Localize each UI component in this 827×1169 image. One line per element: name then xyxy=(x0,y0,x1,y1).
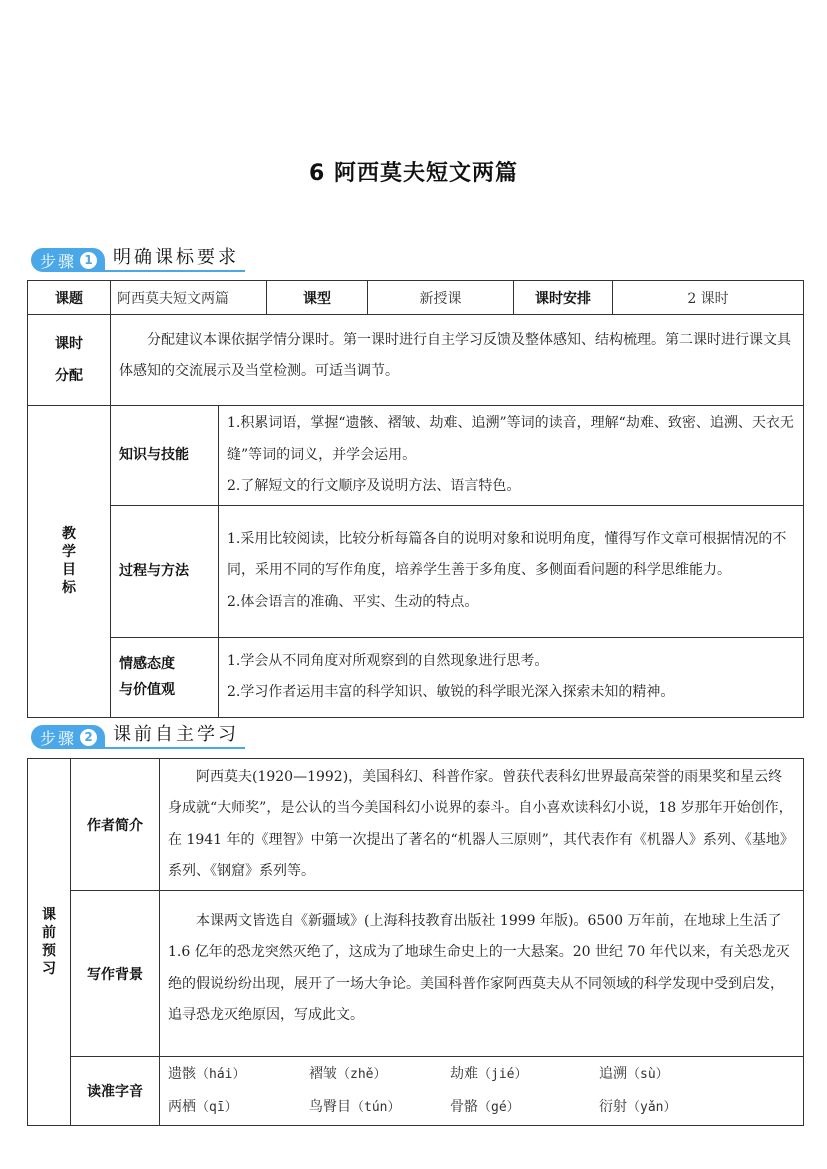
pronunciation-item: 两栖（qī） xyxy=(168,1094,309,1121)
background-label: 写作背景 xyxy=(71,891,160,1057)
goal-item: 2.学习作者运用丰富的科学知识、敏锐的科学眼光深入探索未知的精神。 xyxy=(227,677,795,709)
step-badge: 步骤 1 xyxy=(31,248,105,272)
type-label: 课型 xyxy=(267,281,368,315)
table-row: 写作背景 本课两文皆选自《新疆域》(上海科技教育出版社 1999 年版)。650… xyxy=(28,891,804,1057)
table-row: 情感态度 与价值观 1.学会从不同角度对所观察到的自然现象进行思考。 2.学习作… xyxy=(28,637,804,717)
pronunciation-label: 读准字音 xyxy=(71,1057,160,1126)
step-2-header: 步骤 2 课前自主学习 xyxy=(31,725,245,749)
pinyin: （tún） xyxy=(351,1100,400,1115)
label-char: 学 xyxy=(28,543,110,561)
goal-content: 1.学会从不同角度对所观察到的自然现象进行思考。 2.学习作者运用丰富的科学知识… xyxy=(219,637,804,717)
step-badge: 步骤 2 xyxy=(31,725,105,749)
goal-item: 2.了解短文的行文顺序及说明方法、语言特色。 xyxy=(227,471,795,503)
pronunciation-item: 劫难（jié） xyxy=(450,1061,599,1088)
label-char: 习 xyxy=(28,960,70,978)
label-char: 标 xyxy=(28,579,110,597)
preview-table: 课 前 预 习 作者简介 阿西莫夫(1920—1992)，美国科幻、科普作家。曾… xyxy=(27,758,804,1126)
goal-item: 1.积累词语，掌握“遗骸、褶皱、劫难、追溯”等词的读音，理解“劫难、致密、追溯、… xyxy=(227,408,795,471)
label-char: 前 xyxy=(28,924,70,942)
goal-category: 过程与方法 xyxy=(111,505,219,637)
pinyin: （qī） xyxy=(196,1100,238,1115)
word: 衍射 xyxy=(599,1099,627,1115)
allocation-label-line: 课时 xyxy=(28,328,110,360)
type-value: 新授课 xyxy=(368,281,514,315)
preview-label: 课 前 预 习 xyxy=(28,759,71,1126)
goal-category-line: 情感态度 xyxy=(119,651,218,677)
table-row: 教 学 目 标 知识与技能 1.积累词语，掌握“遗骸、褶皱、劫难、追溯”等词的读… xyxy=(28,406,804,506)
topic-value: 阿西莫夫短文两篇 xyxy=(111,281,267,315)
step-number-icon: 2 xyxy=(80,729,97,746)
word: 两栖 xyxy=(168,1099,196,1115)
page-title: 6 阿西莫夫短文两篇 xyxy=(0,156,827,187)
word: 遗骸 xyxy=(168,1066,196,1082)
curriculum-table: 课题 阿西莫夫短文两篇 课型 新授课 课时安排 2 课时 课时 分配 分配建议本… xyxy=(27,280,804,718)
pinyin: （zhě） xyxy=(337,1067,386,1082)
author-label: 作者简介 xyxy=(71,759,160,891)
pronunciation-item: 褶皱（zhě） xyxy=(309,1061,450,1088)
topic-label: 课题 xyxy=(28,281,111,315)
teaching-goals-label: 教 学 目 标 xyxy=(28,406,111,718)
background-text: 本课两文皆选自《新疆域》(上海科技教育出版社 1999 年版)。6500 万年前… xyxy=(160,891,804,1057)
table-row: 课时 分配 分配建议本课依据学情分课时。第一课时进行自主学习反馈及整体感知、结构… xyxy=(28,315,804,406)
pinyin: （gé） xyxy=(478,1100,520,1115)
word: 追溯 xyxy=(599,1066,627,1082)
pinyin: （jié） xyxy=(478,1067,527,1082)
pronunciation-list: 遗骸（hái） 褶皱（zhě） 劫难（jié） 追溯（sù） 两栖（qī） 鸟臀… xyxy=(160,1057,804,1126)
goal-item: 1.学会从不同角度对所观察到的自然现象进行思考。 xyxy=(227,646,795,678)
label-char: 课 xyxy=(28,906,70,924)
goal-content: 1.积累词语，掌握“遗骸、褶皱、劫难、追溯”等词的读音，理解“劫难、致密、追溯、… xyxy=(219,406,804,506)
schedule-label: 课时安排 xyxy=(514,281,613,315)
author-text: 阿西莫夫(1920—1992)，美国科幻、科普作家。曾获代表科幻世界最高荣誉的雨… xyxy=(160,759,804,891)
word: 褶皱 xyxy=(309,1066,337,1082)
goal-item: 2.体会语言的准确、平实、生动的特点。 xyxy=(227,587,795,619)
allocation-label-line: 分配 xyxy=(28,360,110,392)
goal-category: 情感态度 与价值观 xyxy=(111,637,219,717)
pinyin: （yǎn） xyxy=(627,1100,676,1115)
step-number-icon: 1 xyxy=(80,252,97,269)
pronunciation-item: 衍射（yǎn） xyxy=(599,1094,749,1121)
allocation-label: 课时 分配 xyxy=(28,315,111,406)
label-char: 教 xyxy=(28,525,110,543)
pinyin: （sù） xyxy=(627,1067,669,1082)
word: 骨骼 xyxy=(450,1099,478,1115)
step-title: 课前自主学习 xyxy=(105,724,245,749)
pronunciation-item: 遗骸（hái） xyxy=(168,1061,309,1088)
label-char: 目 xyxy=(28,561,110,579)
table-row: 读准字音 遗骸（hái） 褶皱（zhě） 劫难（jié） 追溯（sù） 两栖（q… xyxy=(28,1057,804,1126)
pronunciation-item: 鸟臀目（tún） xyxy=(309,1094,450,1121)
table-row: 课题 阿西莫夫短文两篇 课型 新授课 课时安排 2 课时 xyxy=(28,281,804,315)
step-title: 明确课标要求 xyxy=(105,247,245,272)
table-row: 课 前 预 习 作者简介 阿西莫夫(1920—1992)，美国科幻、科普作家。曾… xyxy=(28,759,804,891)
goal-content: 1.采用比较阅读，比较分析每篇各自的说明对象和说明角度，懂得写作文章可根据情况的… xyxy=(219,505,804,637)
step-badge-label: 步骤 xyxy=(40,249,76,272)
label-char: 预 xyxy=(28,942,70,960)
pronunciation-item: 骨骼（gé） xyxy=(450,1094,599,1121)
table-row: 过程与方法 1.采用比较阅读，比较分析每篇各自的说明对象和说明角度，懂得写作文章… xyxy=(28,505,804,637)
step-badge-label: 步骤 xyxy=(40,726,76,749)
word: 劫难 xyxy=(450,1066,478,1082)
goal-category: 知识与技能 xyxy=(111,406,219,506)
pinyin: （hái） xyxy=(196,1067,245,1082)
schedule-value: 2 课时 xyxy=(613,281,804,315)
word: 鸟臀目 xyxy=(309,1099,351,1115)
pronunciation-item: 追溯（sù） xyxy=(599,1061,749,1088)
allocation-text: 分配建议本课依据学情分课时。第一课时进行自主学习反馈及整体感知、结构梳理。第二课… xyxy=(111,315,804,406)
goal-item: 1.采用比较阅读，比较分析每篇各自的说明对象和说明角度，懂得写作文章可根据情况的… xyxy=(227,524,795,587)
step-1-header: 步骤 1 明确课标要求 xyxy=(31,248,245,272)
goal-category-line: 与价值观 xyxy=(119,677,218,703)
